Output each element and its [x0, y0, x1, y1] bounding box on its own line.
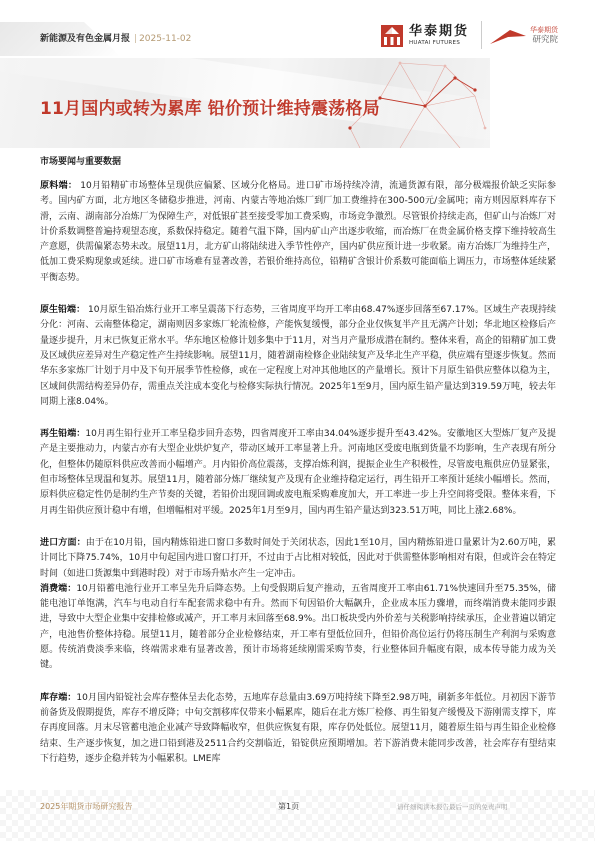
paragraph-imports: 进口方面：由于在10月铅，国内精炼铅进口窗口多数时间处于关闭状态，因此1至10月… [40, 536, 556, 582]
paragraph-text: 10月铅精矿市场整体呈现供应偏紧、区域分化格局。进口矿市场持续冷清，流通货源有限… [40, 181, 556, 283]
paragraph-label: 库存端： [40, 693, 76, 703]
header-separator: | [134, 34, 137, 44]
report-name: 新能源及有色金属月报|2025-11-02 [40, 31, 191, 44]
institute-line1: 华泰期货 [530, 26, 558, 35]
footer-report-label: 2025年期货市场研究报告 [40, 801, 132, 812]
report-date: 2025-11-02 [139, 34, 191, 44]
disclaimer-note: 请仔细阅读本报告最后一页的免责声明 [397, 802, 508, 811]
paragraph-primary-lead: 原生铅端： 10月原生铅冶炼行业开工率呈震荡下行态势，三省周度平均开工率由68.… [40, 303, 556, 410]
huatai-futures-logo: 华泰期货 HUATAI FUTURES [381, 21, 469, 51]
section-heading: 市场要闻与重要数据 [40, 154, 121, 167]
report-body: 原料端： 10月铅精矿市场整体呈现供应偏紧、区域分化格局。进口矿市场持续冷清，流… [40, 179, 556, 767]
paragraph-raw-material: 原料端： 10月铅精矿市场整体呈现供应偏紧、区域分化格局。进口矿市场持续冷清，流… [40, 179, 556, 286]
paragraph-secondary-lead: 再生铅端：10月再生铅行业开工率呈稳步回升态势，四省周度开工率由34.04%逐步… [40, 427, 556, 519]
logo-name-cn: 华泰期货 [409, 25, 469, 39]
report-series-name: 新能源及有色金属月报 [40, 34, 130, 44]
paragraph-text: 10月原生铅冶炼行业开工率呈震荡下行态势，三省周度平均开工率由68.47%逐步回… [40, 305, 556, 407]
page-footer [0, 790, 595, 841]
page-number: 第1页 [278, 801, 299, 812]
paragraph-consumption: 消费端：10月铅蓄电池行业开工率呈先升后降态势。上旬受假期后复产推动，五省周度开… [40, 582, 556, 674]
institute-bird-icon [488, 26, 528, 46]
paragraph-text: 由于在10月铅，国内精炼铅进口窗口多数时间处于关闭状态，因此1至10月，国内精炼… [40, 538, 556, 579]
paragraph-text: 10月铅蓄电池行业开工率呈先升后降态势。上旬受假期后复产推动，五省周度开工率由6… [40, 584, 556, 670]
huatai-logo-icon [381, 25, 403, 47]
paragraph-inventory: 库存端：10月国内铅锭社会库存整体呈去化态势，五地库存总量由3.69万吨持续下降… [40, 691, 556, 767]
paragraph-label: 进口方面： [40, 538, 86, 548]
paragraph-label: 再生铅端： [40, 429, 85, 439]
institute-line2: 研究院 [530, 35, 558, 46]
logo-divider [481, 21, 482, 49]
paragraph-label: 原料端： [40, 181, 77, 191]
paragraph-label: 消费端： [40, 584, 76, 594]
paragraph-text: 10月再生铅行业开工率呈稳步回升态势，四省周度开工率由34.04%逐步提升至43… [40, 429, 556, 515]
page-header: 新能源及有色金属月报|2025-11-02 华泰期货 HUATAI FUTURE… [0, 0, 595, 56]
logo-name-en: HUATAI FUTURES [409, 39, 469, 47]
paragraph-text: 10月国内铅锭社会库存整体呈去化态势，五地库存总量由3.69万吨持续下降至2.9… [40, 693, 556, 764]
page-title: 11月国内或转为累库 铅价预计维持震荡格局 [40, 94, 380, 119]
research-institute-logo: 华泰期货 研究院 [488, 21, 558, 51]
paragraph-label: 原生铅端： [40, 305, 85, 315]
